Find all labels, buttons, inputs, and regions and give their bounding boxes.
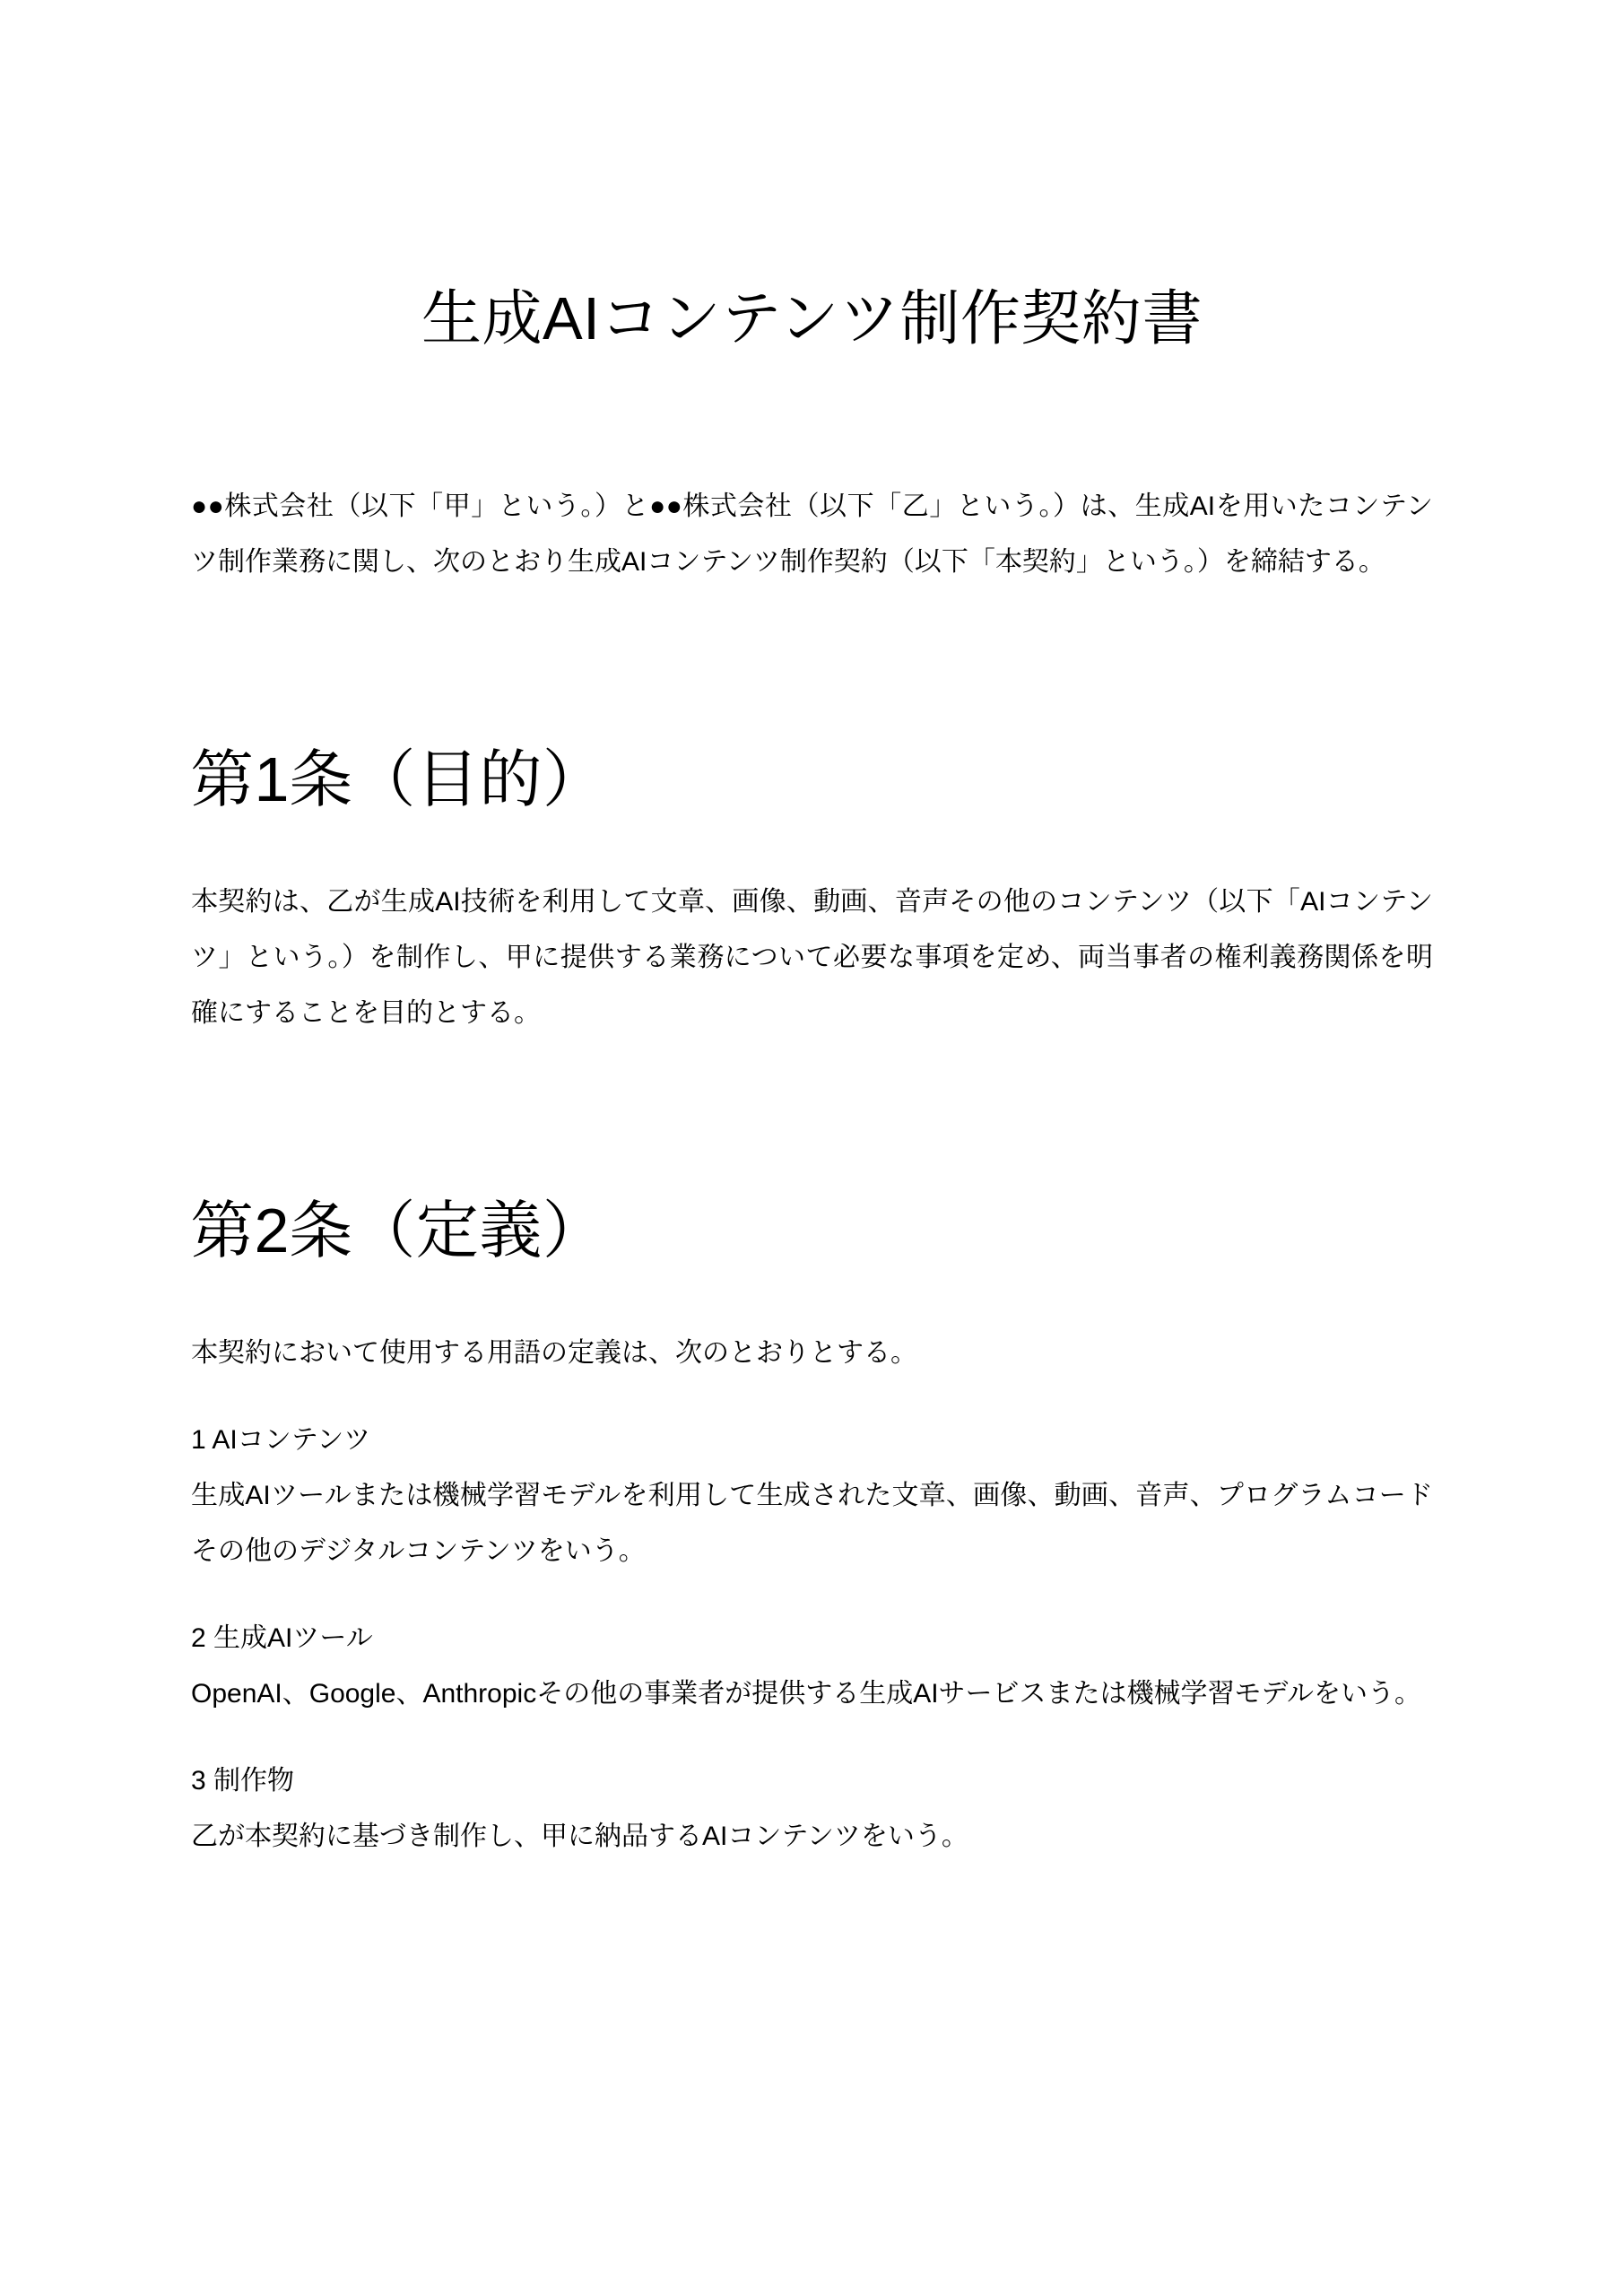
definition-2-term: 2 生成AIツール	[191, 1623, 373, 1653]
definition-item-1: 1 AIコンテンツ生成AIツールまたは機械学習モデルを利用して生成された文章、画…	[191, 1413, 1433, 1579]
definition-3-text: 乙が本契約に基づき制作し、甲に納品するAIコンテンツをいう。	[191, 1822, 968, 1851]
definition-2-text: OpenAI、Google、Anthropicその他の事業者が提供する生成AIサ…	[191, 1679, 1421, 1709]
preamble-paragraph: ●●株式会社（以下「甲」という。）と●●株式会社（以下「乙」という。）は、生成A…	[191, 479, 1433, 590]
article-2-heading: 第2条（定義）	[191, 1189, 1433, 1272]
document-page: 生成AIコンテンツ制作契約書 ●●株式会社（以下「甲」という。）と●●株式会社（…	[0, 0, 1624, 2296]
article-1-heading: 第1条（目的）	[191, 738, 1433, 821]
definition-1-text: 生成AIツールまたは機械学習モデルを利用して生成された文章、画像、動画、音声、プ…	[191, 1481, 1433, 1566]
article-2-intro: 本契約において使用する用語の定義は、次のとおりとする。	[191, 1326, 1433, 1381]
definition-item-2: 2 生成AIツールOpenAI、Google、Anthropicその他の事業者が…	[191, 1611, 1433, 1722]
document-title: 生成AIコンテンツ制作契約書	[191, 280, 1433, 359]
definition-1-term: 1 AIコンテンツ	[191, 1425, 370, 1455]
article-1-body: 本契約は、乙が生成AI技術を利用して文章、画像、動画、音声その他のコンテンツ（以…	[191, 874, 1433, 1041]
definition-item-3: 3 制作物乙が本契約に基づき制作し、甲に納品するAIコンテンツをいう。	[191, 1753, 1433, 1865]
definition-3-term: 3 制作物	[191, 1766, 294, 1796]
